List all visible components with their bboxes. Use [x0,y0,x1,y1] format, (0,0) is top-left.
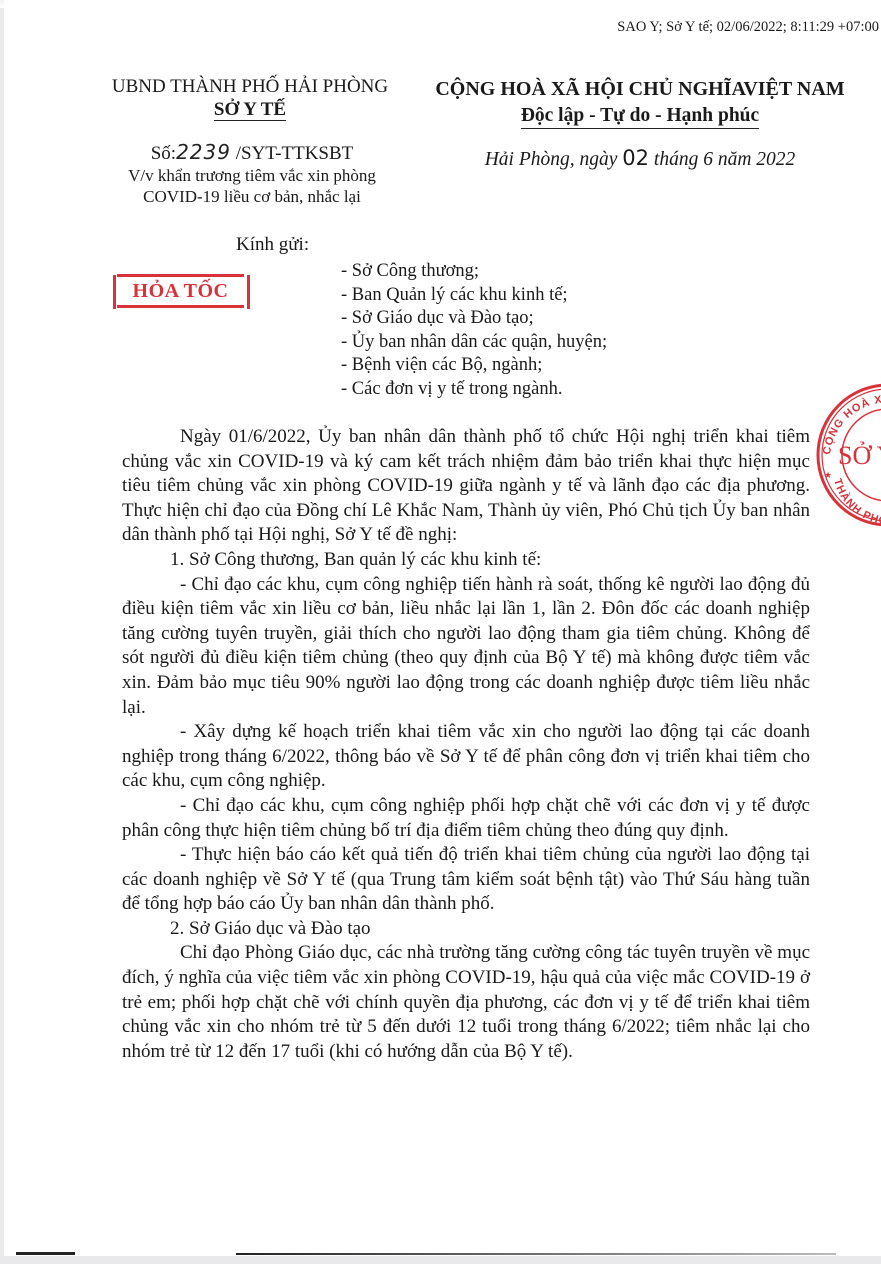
official-seal-icon: CỘNG HOÀ XÃ HỘI THÀNH PHỐ SỞ Y ★ [812,380,881,530]
svg-text:★: ★ [824,471,832,481]
intro-paragraph: Ngày 01/6/2022, Ủy ban nhân dân thành ph… [122,425,810,548]
document-date: Hải Phòng, ngày 02 tháng 6 năm 2022 [420,146,860,171]
issuer-dept: SỞ Y TẾ [100,98,400,121]
page-edge-mark [16,1252,75,1255]
country-name: CỘNG HOÀ XÃ HỘI CHỦ NGHĨAVIỆT NAM [420,76,860,102]
section-2-title: 2. Sở Giáo dục và Đào tạo [122,917,810,942]
svg-text:SỞ Y: SỞ Y [838,441,881,470]
document-subject: V/v khẩn trương tiêm vắc xin phòng COVID… [102,165,402,207]
national-motto: Độc lập - Tự do - Hạnh phúc [521,104,759,129]
bottom-edge [0,1256,881,1264]
issuer-header: UBND THÀNH PHỐ HẢI PHÒNG SỞ Y TẾ [100,75,400,121]
recipient-item: - Các đơn vị y tế trong ngành. [341,378,607,402]
page-edge-mark [236,1253,836,1255]
recipient-list: - Sở Công thương; - Ban Quản lý các khu … [341,260,607,401]
recipient-item: - Sở Công thương; [341,260,607,284]
section-1-item: - Chỉ đạo các khu, cụm công nghiệp phối … [122,794,810,843]
urgent-stamp: HỎA TỐC [117,274,244,308]
recipient-item: - Ban Quản lý các khu kinh tế; [341,284,607,308]
section-1-item: - Chỉ đạo các khu, cụm công nghiệp tiến … [122,573,810,721]
salutation: Kính gửi: [236,234,309,256]
recipient-item: - Sở Giáo dục và Đào tạo; [341,307,607,331]
handwritten-number: 2239 [176,140,231,164]
section-1-title: 1. Sở Công thương, Ban quản lý các khu k… [122,548,810,573]
digital-copy-watermark: SAO Y; Sở Y tế; 02/06/2022; 8:11:29 +07:… [617,19,879,36]
section-1-item: - Xây dựng kế hoạch triển khai tiêm vắc … [122,720,810,794]
issuer-org: UBND THÀNH PHỐ HẢI PHÒNG [100,75,400,98]
handwritten-day: 02 [622,146,649,170]
section-1-item: - Thực hiện báo cáo kết quả tiến độ triể… [122,843,810,917]
document-body: Ngày 01/6/2022, Ủy ban nhân dân thành ph… [122,425,810,1064]
section-2-paragraph: Chỉ đạo Phòng Giáo dục, các nhà trường t… [122,941,810,1064]
recipient-item: - Bệnh viện các Bộ, ngành; [341,354,607,378]
national-header: CỘNG HOÀ XÃ HỘI CHỦ NGHĨAVIỆT NAM Độc lậ… [420,76,860,129]
document-number: Số:2239 /SYT-TTKSBT [102,141,402,165]
recipient-item: - Ủy ban nhân dân các quận, huyện; [341,331,607,355]
